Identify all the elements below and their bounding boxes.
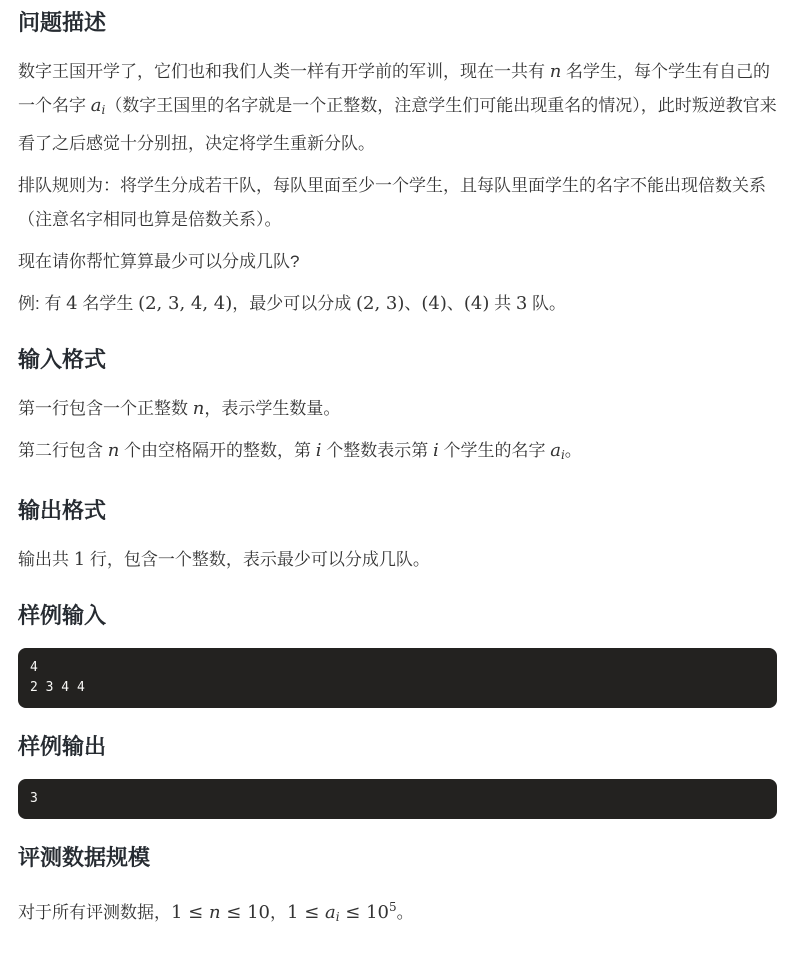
text-run: （数字王国里的名字就是一个正整数，注意学生们可能出现重名的情况），此时叛逆教官来… [18, 96, 777, 153]
math-it: n [108, 440, 120, 461]
text-run: 排队规则为：将学生分成若干队，每队里面至少一个学生，且每队里面学生的名字不能出现… [18, 176, 766, 229]
text-run: 共 [489, 294, 515, 313]
paragraph-question: 现在请你帮忙算算最少可以分成几队? [18, 245, 777, 279]
heading-sample-input: 样例输入 [18, 601, 777, 630]
math-up: 4 [66, 293, 77, 314]
paragraph-input-line2: 第二行包含 n 个由空格隔开的整数，第 i 个整数表示第 i 个学生的名字 ai… [18, 434, 777, 472]
math-inline: (4) [464, 293, 490, 314]
text-run: ，表示学生数量。 [204, 399, 340, 418]
math-it: a [325, 902, 336, 923]
text-run: 数字王国开学了，它们也和我们人类一样有开学前的军训，现在一共有 [18, 62, 550, 81]
math-up: (4) [464, 293, 490, 314]
math-up: (4) [421, 293, 447, 314]
math-up: ≤ 10 [221, 902, 270, 923]
math-inline: 1 [74, 549, 85, 570]
heading-input-format: 输入格式 [18, 345, 777, 374]
math-it: a [550, 440, 561, 461]
paragraph-example: 例: 有 4 名学生 (2, 3, 4, 4)，最少可以分成 (2, 3)、(4… [18, 287, 777, 321]
math-inline: 1 ≤ ai ≤ 105 [287, 902, 397, 923]
text-run: 。 [397, 903, 414, 922]
heading-output-format: 输出格式 [18, 496, 777, 525]
math-inline: n [108, 440, 120, 461]
math-up: (2, 3) [356, 293, 404, 314]
math-inline: (2, 3) [356, 293, 404, 314]
paragraph-queue-rule: 排队规则为：将学生分成若干队，每队里面至少一个学生，且每队里面学生的名字不能出现… [18, 169, 777, 237]
math-up: 1 ≤ [171, 902, 209, 923]
math-it: a [91, 95, 102, 116]
math-up: 1 [74, 549, 85, 570]
text-run: 个学生的名字 [439, 441, 550, 460]
math-inline: (4) [421, 293, 447, 314]
math-inline: 1 ≤ n ≤ 10 [171, 902, 270, 923]
problem-statement-page: 问题描述 数字王国开学了，它们也和我们人类一样有开学前的军训，现在一共有 n 名… [0, 0, 795, 954]
text-run: 第二行包含 [18, 441, 108, 460]
heading-data-constraints: 评测数据规模 [18, 843, 777, 872]
math-inline: 4 [66, 293, 77, 314]
math-up: 1 ≤ [287, 902, 325, 923]
text-run: 第一行包含一个正整数 [18, 399, 193, 418]
math-sup: 5 [389, 900, 397, 914]
math-it: n [193, 398, 205, 419]
text-run: 、 [447, 294, 464, 313]
paragraph-constraints: 对于所有评测数据，1 ≤ n ≤ 10，1 ≤ ai ≤ 105。 [18, 890, 777, 934]
text-run: 对于所有评测数据， [18, 903, 171, 922]
text-run: 个整数表示第 [322, 441, 433, 460]
text-run: 现在请你帮忙算算最少可以分成几队? [18, 252, 299, 271]
text-run: 行，包含一个整数，表示最少可以分成几队。 [85, 550, 430, 569]
math-inline: n [550, 61, 562, 82]
sample-output-code-block: 3 [18, 779, 777, 819]
math-inline: 3 [516, 293, 527, 314]
math-up: (2, 3, 4, 4) [138, 293, 232, 314]
paragraph-output-desc: 输出共 1 行，包含一个整数，表示最少可以分成几队。 [18, 543, 777, 577]
math-up: 3 [516, 293, 527, 314]
text-run: 、 [404, 294, 421, 313]
text-run: 名学生 [78, 294, 138, 313]
paragraph-problem-intro: 数字王国开学了，它们也和我们人类一样有开学前的军训，现在一共有 n 名学生，每个… [18, 55, 777, 161]
text-run: ，最少可以分成 [232, 294, 356, 313]
text-run: ， [270, 903, 287, 922]
heading-problem-description: 问题描述 [18, 8, 777, 37]
math-inline: ai [550, 440, 565, 461]
math-inline: n [193, 398, 205, 419]
text-run: 。 [565, 441, 582, 460]
text-run: 例: 有 [18, 294, 66, 313]
text-run: 输出共 [18, 550, 74, 569]
heading-sample-output: 样例输出 [18, 732, 777, 761]
text-run: 个由空格隔开的整数，第 [119, 441, 315, 460]
math-it: n [209, 902, 221, 923]
text-run: 队。 [527, 294, 566, 313]
math-it: n [550, 61, 562, 82]
sample-input-code-block: 4 2 3 4 4 [18, 648, 777, 708]
math-up: ≤ 10 [340, 902, 389, 923]
math-inline: (2, 3, 4, 4) [138, 293, 232, 314]
math-inline: ai [91, 95, 106, 116]
paragraph-input-line1: 第一行包含一个正整数 n，表示学生数量。 [18, 392, 777, 426]
